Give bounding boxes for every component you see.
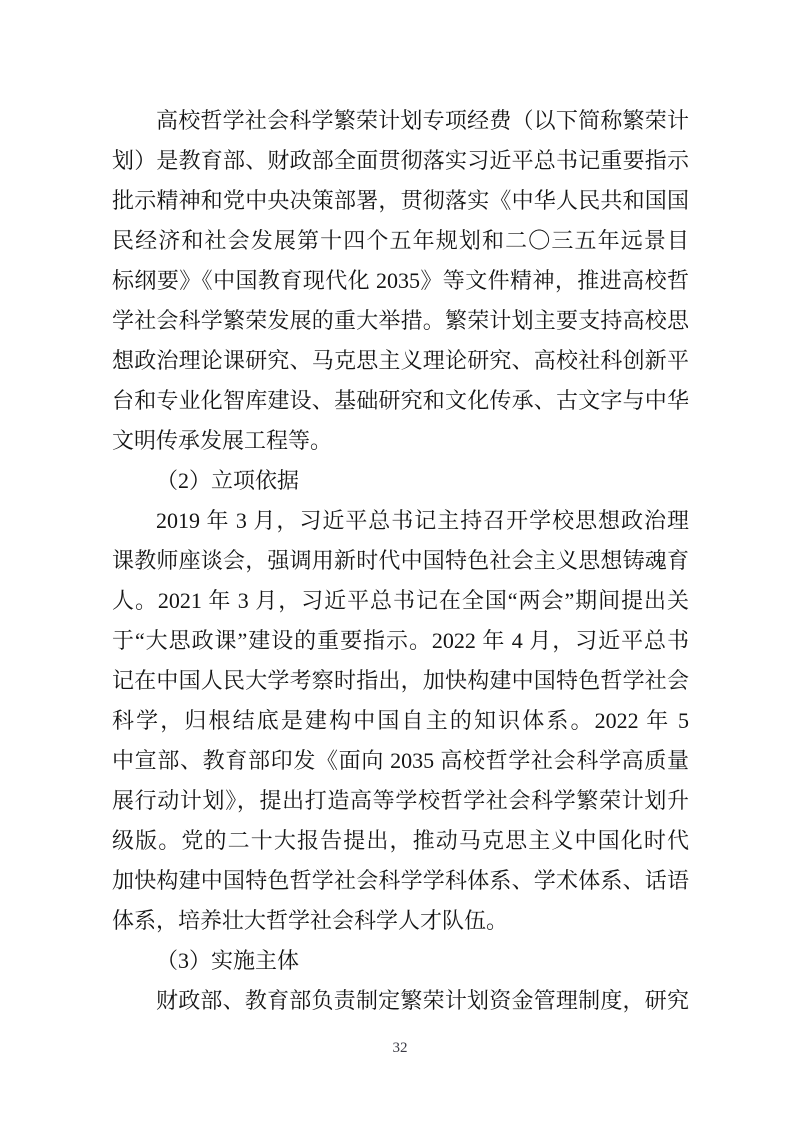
text-line: 民经济和社会发展第十四个五年规划和二〇三五年远景目 — [112, 221, 689, 261]
text-line: 文明传承发展工程等。 — [112, 421, 689, 461]
text-line: 加快构建中国特色哲学社会科学学科体系、学术体系、话语 — [112, 861, 689, 901]
document-body: 高校哲学社会科学繁荣计划专项经费（以下简称繁荣计 划）是教育部、财政部全面贯彻落… — [112, 101, 689, 1021]
text-line: 2019 年 3 月，习近平总书记主持召开学校思想政治理论 — [112, 501, 689, 541]
text-line: 中宣部、教育部印发《面向 2035 高校哲学社会科学高质量发 — [112, 741, 689, 781]
heading-line: （2）立项依据 — [112, 461, 689, 501]
paragraph: 高校哲学社会科学繁荣计划专项经费（以下简称繁荣计 划）是教育部、财政部全面贯彻落… — [112, 101, 689, 461]
section-heading: （3）实施主体 — [112, 941, 689, 981]
text-line: 划）是教育部、财政部全面贯彻落实习近平总书记重要指示 — [112, 141, 689, 181]
page-number: 32 — [0, 1038, 800, 1058]
text-line: 学社会科学繁荣发展的重大举措。繁荣计划主要支持高校思 — [112, 301, 689, 341]
text-line: 想政治理论课研究、马克思主义理论研究、高校社科创新平 — [112, 341, 689, 381]
text-line: 于“大思政课”建设的重要指示。2022 年 4 月，习近平总书 — [112, 621, 689, 661]
text-line: 展行动计划》，提出打造高等学校哲学社会科学繁荣计划升 — [112, 781, 689, 821]
text-line: 台和专业化智库建设、基础研究和文化传承、古文字与中华 — [112, 381, 689, 421]
text-line: 财政部、教育部负责制定繁荣计划资金管理制度，研究 — [112, 981, 689, 1021]
text-line: 课教师座谈会，强调用新时代中国特色社会主义思想铸魂育 — [112, 541, 689, 581]
paragraph: 2019 年 3 月，习近平总书记主持召开学校思想政治理论 课教师座谈会，强调用… — [112, 501, 689, 941]
text-line: 高校哲学社会科学繁荣计划专项经费（以下简称繁荣计 — [112, 101, 689, 141]
text-line: 记在中国人民大学考察时指出，加快构建中国特色哲学社会 — [112, 661, 689, 701]
heading-line: （3）实施主体 — [112, 941, 689, 981]
text-line: 人。2021 年 3 月，习近平总书记在全国“两会”期间提出关 — [112, 581, 689, 621]
text-line: 标纲要》《中国教育现代化 2035》等文件精神，推进高校哲 — [112, 261, 689, 301]
text-line: 批示精神和党中央决策部署，贯彻落实《中华人民共和国国 — [112, 181, 689, 221]
text-line: 体系，培养壮大哲学社会科学人才队伍。 — [112, 901, 689, 941]
section-heading: （2）立项依据 — [112, 461, 689, 501]
text-line: 科学，归根结底是建构中国自主的知识体系。2022 年 5 月， — [112, 701, 689, 741]
text-line: 级版。党的二十大报告提出，推动马克思主义中国化时代化， — [112, 821, 689, 861]
paragraph: 财政部、教育部负责制定繁荣计划资金管理制度，研究 — [112, 981, 689, 1021]
